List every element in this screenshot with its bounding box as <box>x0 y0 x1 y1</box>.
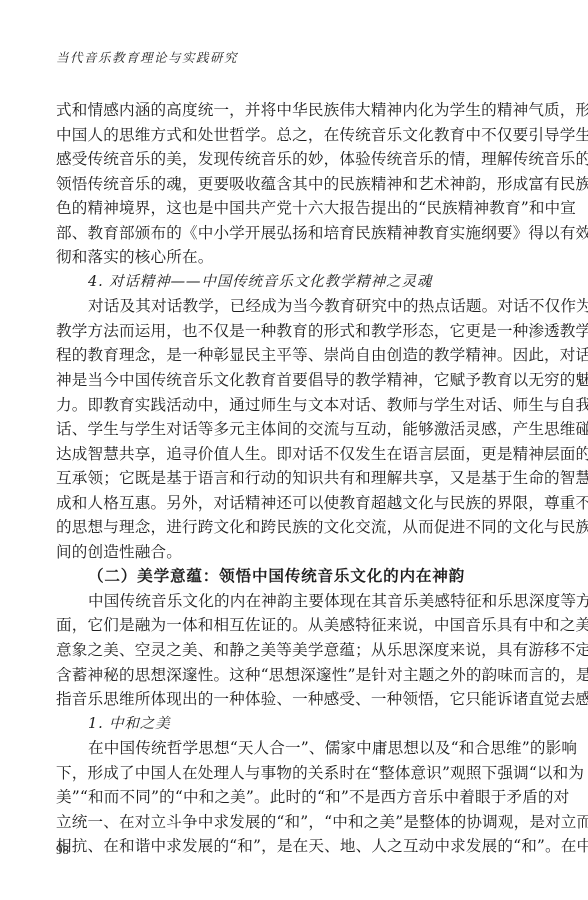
text-line: 的思想与理念，进行跨文化和跨民族的文化交流，从而促进不同的文化与民族之 <box>56 515 534 540</box>
text-line: 力。即教育实践活动中，通过师生与文本对话、教师与学生对话、师生与自我对 <box>56 393 534 418</box>
text-line: 神是当今中国传统音乐文化教育首要倡导的教学精神，它赋予教育以无穷的魅 <box>56 368 534 393</box>
text-line: 教学方法而运用，也不仅是一种教育的形式和教学形态，它更是一种渗透教学过 <box>56 319 534 344</box>
text-line: 下，形成了中国人在处理人与事物的关系时在“整体意识”观照下强调“以和为 <box>56 761 534 786</box>
subsection-heading-1: 1. 中和之美 <box>56 712 534 737</box>
text-line: 立统一、在对立斗争中求发展的“和”，“中和之美”是整体的协调观，是对立而不 <box>56 810 534 835</box>
section-heading-2: （二）美学意蕴：领悟中国传统音乐文化的内在神韵 <box>56 564 534 589</box>
text-line: 感受传统音乐的美，发现传统音乐的妙，体验传统音乐的情，理解传统音乐的意， <box>56 147 534 172</box>
text-line: 相抗、在和谐中求发展的“和”，是在天、地、人之互动中求发展的“和”。在中国 <box>56 834 534 859</box>
text-line: 话、学生与学生对话等多元主体间的交流与互动，能够激活灵感，产生思维碰撞， <box>56 417 534 442</box>
text-line: 部、教育部颁布的《中小学开展弘扬和培育民族精神教育实施纲要》得以有效贯 <box>56 221 534 246</box>
text-line: 式和情感内涵的高度统一，并将中华民族伟大精神内化为学生的精神气质，形成 <box>56 98 534 123</box>
running-head: 当代音乐教育理论与实践研究 <box>56 48 238 66</box>
text-line: 含蓄神秘的思想深邃性。这种“思想深邃性”是针对主题之外的韵味而言的，是 <box>56 663 534 688</box>
text-line: 彻和落实的核心所在。 <box>56 245 534 270</box>
subsection-heading-4: 4. 对话精神——中国传统音乐文化教学精神之灵魂 <box>56 270 534 295</box>
text-line: 程的教育理念，是一种彰显民主平等、崇尚自由创造的教学精神。因此，对话精 <box>56 343 534 368</box>
text-line: 意象之美、空灵之美、和静之美等美学意蕴；从乐思深度来说，具有游移不定的、 <box>56 638 534 663</box>
page-number: 98 <box>56 842 69 858</box>
paragraph-start: 中国传统音乐文化的内在神韵主要体现在其音乐美感特征和乐思深度等方 <box>56 589 534 614</box>
text-line: 面，它们是融为一体和相互佐证的。从美感特征来说，中国音乐具有中和之美、 <box>56 613 534 638</box>
text-line: 色的精神境界，这也是中国共产党十六大报告提出的“民族精神教育”和中宣 <box>56 196 534 221</box>
text-line: 互承领；它既是基于语言和行动的知识共有和理解共享，又是基于生命的智慧生 <box>56 466 534 491</box>
text-line: 达成智慧共享，追寻价值人生。即对话不仅发生在语言层面，更是精神层面的相 <box>56 442 534 467</box>
page-body: 式和情感内涵的高度统一，并将中华民族伟大精神内化为学生的精神气质，形成 中国人的… <box>56 98 534 859</box>
paragraph-start: 在中国传统哲学思想“天人合一”、儒家中庸思想以及“和合思维”的影响 <box>56 736 534 761</box>
text-line: 指音乐思维所体现出的一种体验、一种感受、一种领悟，它只能诉诸直觉去感悟。 <box>56 687 534 712</box>
text-line: 中国人的思维方式和处世哲学。总之，在传统音乐文化教育中不仅要引导学生 <box>56 123 534 148</box>
paragraph-start: 对话及其对话教学，已经成为当今教育研究中的热点话题。对话不仅作为 <box>56 294 534 319</box>
text-line: 成和人格互惠。另外，对话精神还可以使教育超越文化与民族的界限，尊重不同 <box>56 491 534 516</box>
text-line: 间的创造性融合。 <box>56 540 534 565</box>
text-line: 领悟传统音乐的魂，更要吸收蕴含其中的民族精神和艺术神韵，形成富有民族特 <box>56 172 534 197</box>
text-line: 美”“和而不同”的“中和之美”。此时的“和”不是西方音乐中着眼于矛盾的对 <box>56 785 534 810</box>
